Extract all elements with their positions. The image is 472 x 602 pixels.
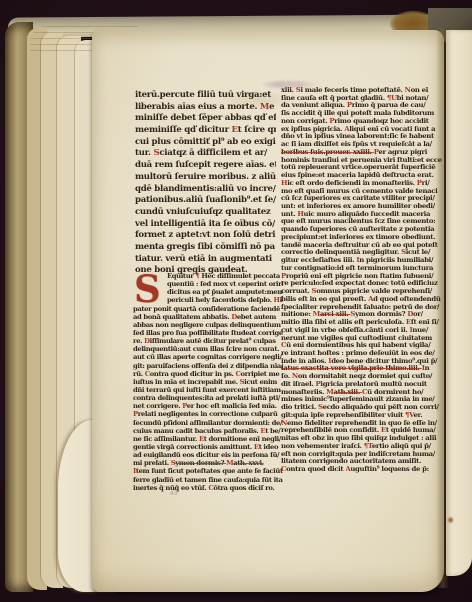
text-line: ad bonā qualitatem abbatis. Debet autem bbox=[133, 313, 283, 321]
body-text: relati negligentes in correctione culpar… bbox=[138, 410, 278, 418]
text-line: Item ſunt ſicut poteſtates que ante ſe f… bbox=[133, 467, 283, 475]
text-line: tur. Sciatqz ā difficilem et ar/ bbox=[135, 148, 276, 160]
text-line: ferre gladiū et tamen ſine cauſa:quia ſū… bbox=[133, 476, 283, 484]
body-text: ebet autem bbox=[237, 313, 276, 321]
pencil-folio-number: 43 bbox=[170, 490, 178, 498]
body-text: qdē blandimentis:aliū vo incre/ bbox=[135, 184, 276, 194]
text-line: Contra quod dicit Auguſtin⁹ loquens de p… bbox=[281, 466, 444, 474]
body-text: net corrigere. bbox=[133, 402, 182, 410]
body-text: miniſſe debet ſēper abbas qď eſt: bbox=[135, 113, 276, 123]
text-line: formet z aptet:vt non ſolū detri bbox=[135, 230, 276, 242]
text-line: dñi terrarū qui iuſti ſunt exercent iuſt… bbox=[133, 386, 283, 394]
body-text: cui plus cōmittiť pl⁹ ab eo exigi bbox=[135, 137, 276, 147]
body-text: ontra quod dicit bbox=[286, 465, 345, 473]
body-text: ferre gladiū et tamen ſine cauſa:quia ſū… bbox=[133, 476, 283, 484]
text-line: Prelati negligentes in correctione culpa… bbox=[133, 410, 283, 418]
body-text: mi prelati. bbox=[133, 459, 171, 467]
body-text: periculi hely ſacerdotis deſplo. bbox=[167, 296, 274, 304]
text-column-right: xiii. Si male feceris time poteſtatē. No… bbox=[281, 87, 444, 477]
body-text: contra delinquentes:ita ad prelati iuſtā… bbox=[133, 394, 280, 402]
text-line: vel intelligentiā ita ſe oībus cō/ bbox=[135, 219, 276, 231]
text-line: git: paruifaciens offenſa dei z diſpendi… bbox=[133, 362, 283, 370]
text-line: cui plus cōmittiť pl⁹ ab eo exigi bbox=[135, 137, 276, 149]
body-text: ōtra quos diciſ ro. bbox=[213, 484, 274, 492]
text-line: ſecundū pſidoni aſſimilantur dormienti: … bbox=[133, 419, 283, 427]
text-line: delinquentiū:aut cum illas ſcire non cur… bbox=[133, 345, 283, 353]
body-text: quentiū : ſed mox vt ceperint oriri ra/ bbox=[167, 280, 283, 288]
book-photo: iterū.percute filiū tuū virga:etliberabi… bbox=[0, 0, 472, 602]
body-text: uguſtin⁹ loquens de p̄: bbox=[350, 465, 428, 473]
body-text: formet z aptet:vt non ſolū detri bbox=[135, 230, 275, 240]
body-text: ſecundū pſidoni aſſimilantur dormienti: … bbox=[133, 419, 282, 427]
text-line: qdē blandimentis:aliū vo incre/ bbox=[135, 184, 276, 196]
body-text: rū. bbox=[133, 370, 145, 378]
text-line: pationibus.aliū ſuaſionib⁹.et ſe/ bbox=[135, 195, 276, 207]
body-text: ath. xxvi. bbox=[233, 459, 263, 467]
text-line: menta gregis ſibi cōmiſſi nō pa bbox=[135, 242, 276, 254]
text-line: inertes q̄ nūq̄ eo vtūſ. Cōtra quos dici… bbox=[133, 484, 283, 492]
text-line: gentie virgā correctionis amittunt. Et i… bbox=[133, 443, 283, 451]
body-text: t be/ bbox=[265, 427, 280, 435]
body-text: duā rem ſuſcepit regere aīas. et bbox=[135, 160, 276, 170]
body-text: tem ſunt ſicut poteſtates que ante ſe fa… bbox=[136, 467, 283, 475]
body-text: dicitus ea pť p̄ualet amputet:memo/ bbox=[167, 288, 283, 296]
body-text: liberabis aīas eius a morte. bbox=[135, 102, 260, 112]
rubric-initial-S: S bbox=[134, 273, 166, 307]
text-line: meminiſſe qď dicitur Et ſcire qr bbox=[135, 125, 276, 137]
body-text: tiatur. verū etiā in augmentati bbox=[135, 254, 272, 264]
text-line: aut cū illas aperte cognitas corrigere n… bbox=[133, 353, 283, 361]
body-text: orripiet me bbox=[241, 370, 280, 378]
body-text: icut enim bbox=[244, 378, 277, 386]
body-text: cuius manu cadit baculus paſtoralis. bbox=[133, 427, 260, 435]
body-text: meminiſſe qď dicitur bbox=[135, 125, 232, 135]
text-line: iuſtus in mīa et increpabit me. Sicut en… bbox=[133, 378, 283, 386]
text-line: iterū.percute filiū tuū virga:et bbox=[135, 90, 276, 102]
body-text: t dormitione enī negli/ bbox=[204, 435, 281, 443]
text-line: cundū vniuſcuiuſqz qualitatez bbox=[135, 207, 276, 219]
facing-page-edge bbox=[446, 30, 472, 576]
body-text: iuſtus in mīa et increpabit me. bbox=[133, 378, 240, 386]
body-text: abbas non negligere culpas delinquentium bbox=[133, 321, 281, 329]
paper-spot bbox=[447, 516, 454, 524]
body-text: multorū ſeruire moribus. z aliū bbox=[135, 172, 276, 182]
body-text: ne ſic aſſimilantur. bbox=[133, 435, 199, 443]
body-text: Hec diſſimulet peccata deli/ bbox=[201, 272, 283, 280]
body-text: e bbox=[269, 102, 274, 112]
text-line: net corrigere. Per hoc eſt malicia ſed m… bbox=[133, 402, 283, 410]
text-line: ad euigilandū eos dicitur eis in perſona… bbox=[133, 451, 283, 459]
text-line: liberabis aīas eius a morte. Me bbox=[135, 102, 276, 114]
body-text: aut cū illas aperte cognitas corrigere n… bbox=[133, 353, 282, 361]
body-text: ontra quod dicitur in ps. bbox=[150, 370, 236, 378]
text-line: contra delinquentes:ita ad prelati iuſtā… bbox=[133, 394, 283, 402]
body-text: re. bbox=[133, 337, 144, 345]
text-line: re. Diſſimulare autē dicitur prelat⁹ cul… bbox=[133, 337, 283, 345]
body-text: ad bonā qualitatem abbatis. bbox=[133, 313, 231, 321]
text-column-left-upper: iterū.percute filiū tuū virga:etliberabi… bbox=[135, 90, 276, 280]
body-text: gentie virgā correctionis amittunt. bbox=[133, 443, 254, 451]
text-line: abbas non negligere culpas delinquentium bbox=[133, 321, 283, 329]
text-line: ſed illas pro ſua poſſibilitate ſtudeat … bbox=[133, 329, 283, 337]
body-text: iſſimulare autē dicitur prelat⁹ culpas bbox=[150, 337, 276, 345]
body-text: ſed illas pro ſua poſſibilitate ſtudeat … bbox=[133, 329, 283, 337]
body-text: iterū.percute filiū tuū virga:et bbox=[135, 90, 271, 100]
rubric-text: M bbox=[260, 102, 269, 112]
body-text: delinquentiū:aut cum illas ſcire non cur… bbox=[133, 345, 279, 353]
body-text: ciatqz ā difficilem et ar/ bbox=[159, 148, 267, 158]
text-line: mi prelati. Symon dormis? Math. xxvi. bbox=[133, 459, 283, 467]
body-text: git: paruifaciens offenſa dei z diſpendi… bbox=[133, 362, 283, 370]
text-column-left-lower: S Equitur ¶ Hec diſſimulet peccata deli/… bbox=[133, 272, 283, 494]
body-text: vel intelligentiā ita ſe oībus cō/ bbox=[135, 219, 275, 229]
body-text: cundū vniuſcuiuſqz qualitatez bbox=[135, 207, 271, 217]
body-text: ad euigilandū eos dicitur eis in perſona… bbox=[133, 451, 279, 459]
body-text: ymon dormis? bbox=[175, 459, 226, 467]
body-text: t ſcire qr bbox=[238, 125, 276, 135]
text-line: cuius manu cadit baculus paſtoralis. Et … bbox=[133, 427, 283, 435]
text-line: rū. Contra quod dicitur in ps. Corripiet… bbox=[133, 370, 283, 378]
text-line: tiatur. verū etiā in augmentati bbox=[135, 254, 276, 266]
body-text: pationibus.aliū ſuaſionib⁹.et ſe/ bbox=[135, 195, 276, 205]
body-text: t ideo bbox=[259, 443, 278, 451]
body-text: er hoc eſt malicia ſed mīa. bbox=[187, 402, 277, 410]
text-line: duā rem ſuſcepit regere aīas. et bbox=[135, 160, 276, 172]
body-text: Equitur bbox=[167, 272, 195, 280]
body-text: tur. bbox=[135, 148, 153, 158]
text-line: miniſſe debet ſēper abbas qď eſt: bbox=[135, 113, 276, 125]
body-text: dñi terrarū qui iuſti ſunt exercent iuſt… bbox=[133, 386, 281, 394]
body-text: menta gregis ſibi cōmiſſi nō pa bbox=[135, 242, 275, 252]
text-line: multorū ſeruire moribus. z aliū bbox=[135, 172, 276, 184]
text-line: ne ſic aſſimilantur. Et dormitione enī n… bbox=[133, 435, 283, 443]
